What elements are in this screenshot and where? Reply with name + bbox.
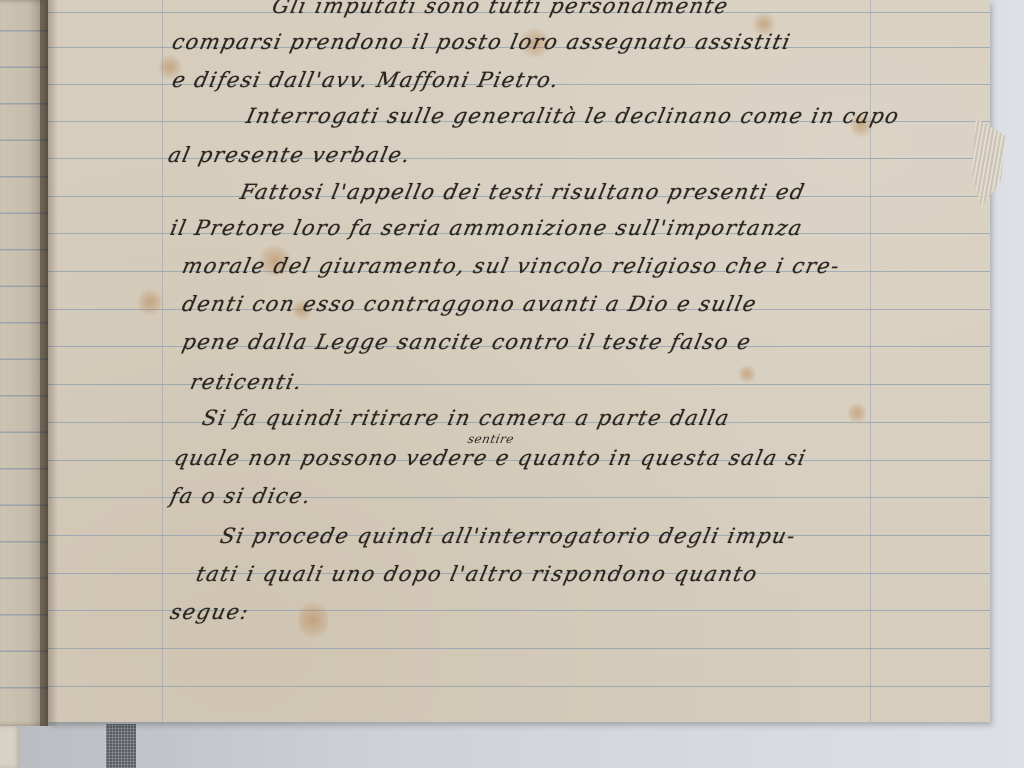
handwritten-line: morale del giuramento, sul vincolo relig… bbox=[180, 254, 842, 278]
ruled-line bbox=[48, 648, 990, 649]
handwritten-line: pene dalla Legge sancite contro il teste… bbox=[180, 330, 754, 354]
handwritten-line: reticenti. bbox=[188, 370, 305, 394]
handwritten-line: denti con esso contraggono avanti a Dio … bbox=[180, 292, 760, 316]
foxing-stain bbox=[738, 365, 756, 383]
ruled-line bbox=[48, 686, 990, 687]
book-gutter-shadow bbox=[40, 0, 58, 726]
foxing-stain bbox=[848, 402, 866, 424]
bookmark-ribbon bbox=[106, 724, 136, 768]
handwritten-line: Si procede quindi all'interrogatorio deg… bbox=[218, 524, 799, 548]
handwritten-line: e difesi dall'avv. Maffoni Pietro. bbox=[170, 68, 562, 92]
handwritten-line: al presente verbale. bbox=[166, 143, 413, 167]
handwritten-line: il Pretore loro fa seria ammonizione sul… bbox=[168, 216, 805, 240]
interlinear-insertion: sentire bbox=[467, 432, 516, 446]
handwritten-line: quale non possono vedere e quanto in que… bbox=[172, 446, 809, 470]
left-page-bottom bbox=[0, 726, 20, 768]
handwritten-line: Si fa quindi ritirare in camera a parte … bbox=[200, 406, 732, 430]
foxing-stain bbox=[298, 600, 328, 640]
left-margin-line bbox=[162, 0, 163, 722]
handwritten-line: comparsi prendono il posto loro assegnat… bbox=[170, 30, 794, 54]
foxing-stain bbox=[138, 288, 162, 316]
handwritten-line: Gli imputati sono tutti personalmente bbox=[270, 0, 731, 18]
handwritten-line: Interrogati sulle generalità le declinan… bbox=[244, 104, 902, 128]
handwritten-line: fa o si dice. bbox=[168, 484, 314, 508]
handwritten-line: tati i quali uno dopo l'altro rispondono… bbox=[194, 562, 760, 586]
handwritten-line: segue: bbox=[168, 600, 252, 624]
notebook-page: Gli imputati sono tutti personalmente co… bbox=[48, 0, 990, 722]
handwritten-line: Fattosi l'appello dei testi risultano pr… bbox=[238, 180, 808, 204]
